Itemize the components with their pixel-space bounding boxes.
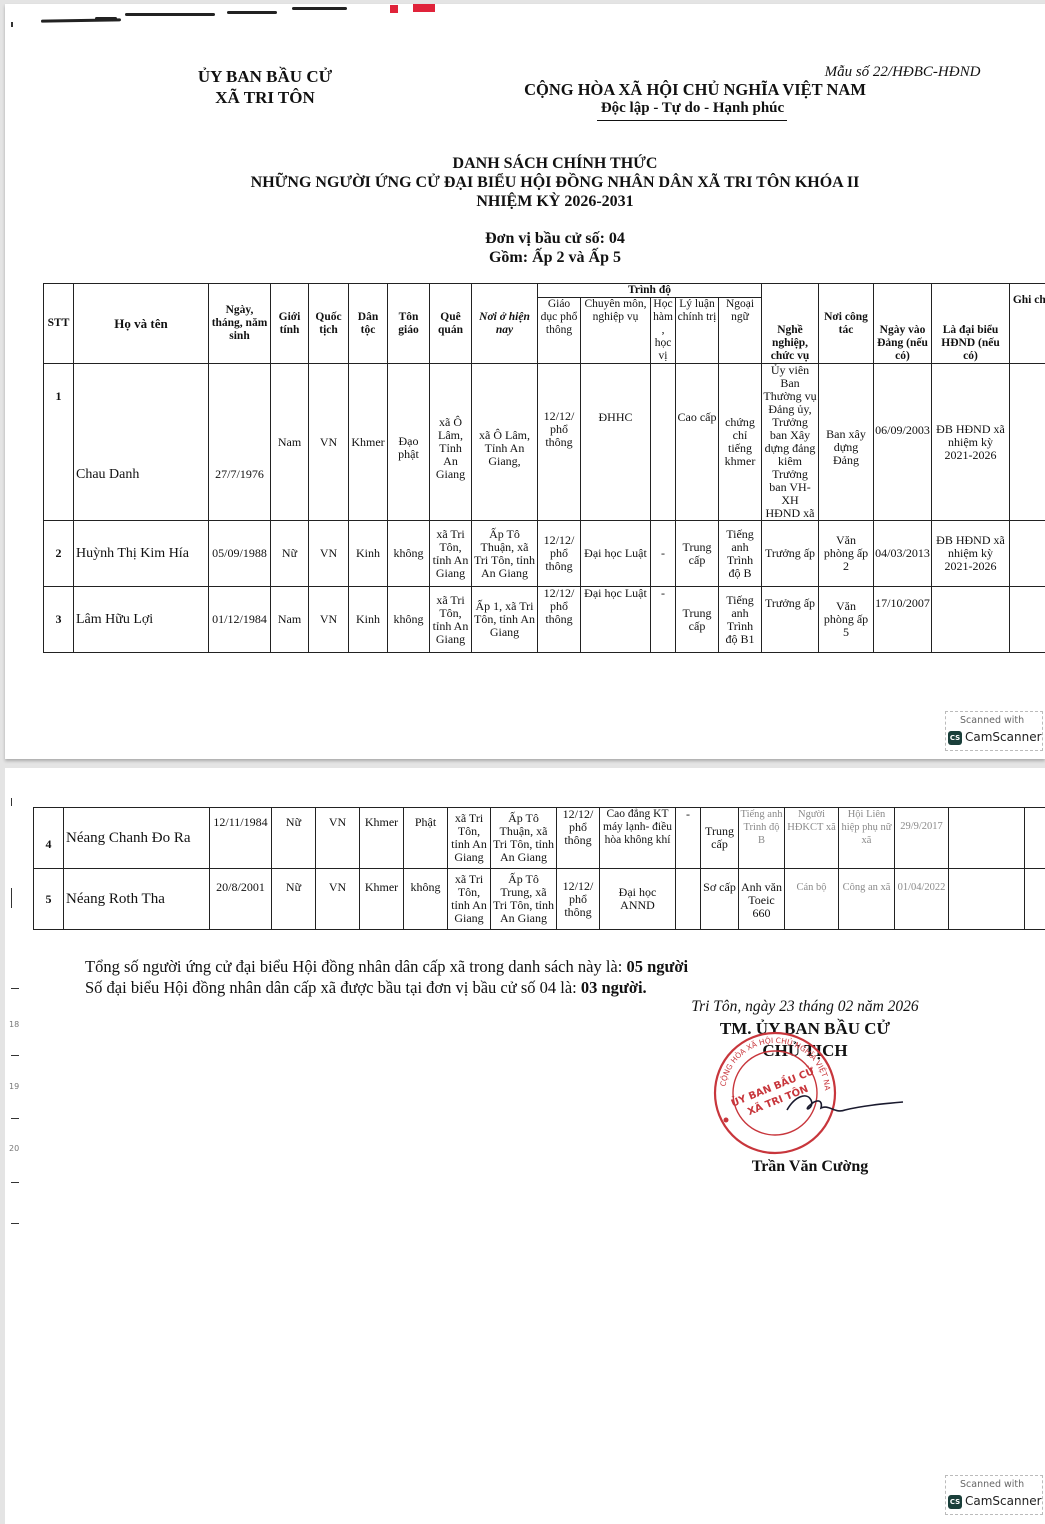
cell-workplace: Hội Liên hiệp phụ nữ xã <box>839 808 895 869</box>
cell-party-date: 06/09/2003 <box>874 364 932 521</box>
cell-name: Néang Roth Tha <box>64 869 210 930</box>
form-number: Mẫu số 22/HĐBC-HĐND <box>795 64 1010 81</box>
scan-artifact <box>125 13 215 16</box>
margin-mark <box>11 1182 19 1183</box>
document-title: DANH SÁCH CHÍNH THỨC NHỮNG NGƯỜI ỨNG CỬ … <box>155 154 955 211</box>
cell-language: Tiếng anh Trình độ B <box>739 808 785 869</box>
cell-delegate <box>949 869 1025 930</box>
cell-professional: ĐHHC <box>581 364 651 521</box>
header-academic: Học hàm, học vị <box>651 298 676 364</box>
cell-workplace: Văn phòng ấp 2 <box>819 521 874 587</box>
cell-residence: Ấp Tô Thuận, xã Tri Tôn, tỉnh An Giang <box>472 521 538 587</box>
cell-workplace: Công an xã <box>839 869 895 930</box>
cell-political: Trung cấp <box>676 521 719 587</box>
cell-note <box>1025 869 1045 930</box>
cell-delegate <box>932 587 1010 653</box>
header-language: Ngoại ngữ <box>719 298 762 364</box>
cell-general-edu: 12/12/ phổ thông <box>538 521 581 587</box>
cell-ethnicity: Kinh <box>349 587 388 653</box>
cell-dob: 05/09/1988 <box>209 521 271 587</box>
header-nationality: Quốc tịch <box>309 284 349 364</box>
header-dob: Ngày, tháng, năm sinh <box>209 284 271 364</box>
cell-professional: Đại học Luật <box>581 587 651 653</box>
cell-gender: Nam <box>271 587 309 653</box>
cell-general-edu: 12/12/ phổ thông <box>538 364 581 521</box>
summary: Tổng số người ứng cử đại biểu Hội đồng n… <box>85 956 845 998</box>
cell-dob: 20/8/2001 <box>210 869 272 930</box>
cell-party-date: 04/03/2013 <box>874 521 932 587</box>
cell-note <box>1010 521 1045 587</box>
cell-political: Trung cấp <box>701 808 739 869</box>
cell-nationality: VN <box>316 869 360 930</box>
header-workplace: Nơi công tác <box>819 284 874 364</box>
header-gender: Giới tính <box>271 284 309 364</box>
cell-name: Lâm Hữu Lợi <box>74 587 209 653</box>
cell-ethnicity: Kinh <box>349 521 388 587</box>
margin-mark <box>11 988 19 989</box>
camscanner-watermark: Scanned with CS CamScanner <box>945 711 1043 751</box>
cell-occupation: Cán bộ <box>785 869 839 930</box>
margin-mark <box>11 1118 19 1119</box>
margin-mark <box>11 888 12 908</box>
cell-stt: 3 <box>44 587 74 653</box>
cell-gender: Nữ <box>272 869 316 930</box>
national-motto: Độc lập - Tự do - Hạnh phúc <box>565 100 820 117</box>
header-education-group: Trình độ <box>538 284 762 298</box>
cell-religion: không <box>404 869 448 930</box>
motto-underline <box>597 120 787 121</box>
cell-religion: Phật <box>404 808 448 869</box>
cell-stt: 1 <box>44 364 74 521</box>
cell-hometown: xã Tri Tôn, tỉnh An Giang <box>448 808 491 869</box>
header-residence: Nơi ở hiện nay <box>472 284 538 364</box>
header-delegate: Là đại biểu HĐND (nếu có) <box>932 284 1010 364</box>
cell-hometown: xã Tri Tôn, tỉnh An Giang <box>430 521 472 587</box>
summary-seats: Số đại biểu Hội đồng nhân dân cấp xã đượ… <box>85 977 845 998</box>
margin-mark <box>11 1055 19 1056</box>
cell-religion: Đạo phật <box>388 364 430 521</box>
watermark-line-2: CamScanner <box>965 730 1042 744</box>
cell-academic: - <box>676 808 701 869</box>
cell-political: Cao cấp <box>676 364 719 521</box>
margin-mark <box>11 22 13 27</box>
cell-religion: không <box>388 587 430 653</box>
cell-ethnicity: Khmer <box>360 808 404 869</box>
unit-number: Đơn vị bầu cử số: 04 <box>355 229 755 248</box>
scan-artifact-red <box>413 4 435 12</box>
cell-note: - <box>1025 808 1045 869</box>
candidate-table-page-2: 4 Néang Chanh Đo Ra 12/11/1984 Nữ VN Khm… <box>33 807 1045 930</box>
document-page-2: 18 19 20 4 Néang Chanh Đo Ra 12/11/1984 … <box>5 768 1045 1524</box>
cell-residence: Ấp Tô Trung, xã Tri Tôn, tỉnh An Giang <box>491 869 557 930</box>
cell-language: Tiếng anh Trình độ B1 <box>719 587 762 653</box>
title-line-3: NHIỆM KỲ 2026-2031 <box>155 192 955 211</box>
cell-delegate <box>949 808 1025 869</box>
cell-party-date: 29/9/2017 <box>895 808 949 869</box>
cell-occupation: Trưởng ấp <box>762 587 819 653</box>
cell-occupation: Ủy viên Ban Thường vụ Đảng ủy, Trưởng ba… <box>762 364 819 521</box>
summary-seats-label: Số đại biểu Hội đồng nhân dân cấp xã đượ… <box>85 978 581 997</box>
scan-artifact-red <box>390 5 398 13</box>
header-name: Họ và tên <box>74 284 209 364</box>
cell-party-date: 17/10/2007 <box>874 587 932 653</box>
header-ethnicity: Dân tộc <box>349 284 388 364</box>
cell-nationality: VN <box>316 808 360 869</box>
cell-note <box>1010 587 1045 653</box>
header-general-edu: Giáo dục phổ thông <box>538 298 581 364</box>
cell-ethnicity: Khmer <box>349 364 388 521</box>
table-row: 5 Néang Roth Tha 20/8/2001 Nữ VN Khmer k… <box>34 869 1045 930</box>
cell-academic: - <box>651 521 676 587</box>
header-party-date: Ngày vào Đảng (nếu có) <box>874 284 932 364</box>
signature-icon <box>785 1086 905 1126</box>
margin-mark <box>11 1223 19 1224</box>
cell-name: Néang Chanh Đo Ra <box>64 808 210 869</box>
cell-stt: 4 <box>34 808 64 869</box>
cell-academic: - <box>651 587 676 653</box>
cell-general-edu: 12/12/ phổ thông <box>557 869 600 930</box>
org-line-1: ỦY BAN BẦU CỬ <box>165 66 365 87</box>
cell-delegate: ĐB HĐND xã nhiệm kỳ 2021-2026 <box>932 364 1010 521</box>
cell-note <box>1010 364 1045 521</box>
header-stt: STT <box>44 284 74 364</box>
watermark-line-1: Scanned with <box>960 1479 1024 1490</box>
cell-hometown: xã Tri Tôn, tỉnh An Giang <box>430 587 472 653</box>
cell-workplace: Văn phòng ấp 5 <box>819 587 874 653</box>
cell-professional: Đại học Luật <box>581 521 651 587</box>
signer-name: Trần Văn Cường <box>705 1158 915 1176</box>
cell-occupation: Trưởng ấp <box>762 521 819 587</box>
cell-workplace: Ban xây dựng Đảng <box>819 364 874 521</box>
summary-total-candidates: Tổng số người ứng cử đại biểu Hội đồng n… <box>85 956 845 977</box>
margin-ruler-label: 18 <box>9 1020 19 1029</box>
electoral-unit: Đơn vị bầu cử số: 04 Gồm: Ấp 2 và Ấp 5 <box>355 229 755 267</box>
signing-place-date: Tri Tôn, ngày 23 tháng 02 năm 2026 <box>655 998 955 1016</box>
cell-political: Sơ cấp <box>701 869 739 930</box>
cell-gender: Nữ <box>271 521 309 587</box>
watermark-line-1: Scanned with <box>960 715 1024 726</box>
cell-residence: Ấp Tô Thuận, xã Tri Tôn, tỉnh An Giang <box>491 808 557 869</box>
cell-language: chứng chỉ tiếng khmer <box>719 364 762 521</box>
cell-delegate: ĐB HĐND xã nhiệm kỳ 2021-2026 <box>932 521 1010 587</box>
title-line-2: NHỮNG NGƯỜI ỨNG CỬ ĐẠI BIỂU HỘI ĐỒNG NHÂ… <box>155 173 955 192</box>
summary-seats-value: 03 người. <box>581 978 647 997</box>
header-hometown: Quê quán <box>430 284 472 364</box>
cell-dob: 27/7/1976 <box>209 364 271 521</box>
cell-hometown: xã Ô Lâm, Tỉnh An Giang <box>430 364 472 521</box>
header-professional: Chuyên môn, nghiệp vụ <box>581 298 651 364</box>
camscanner-logo-icon: CS <box>948 1495 962 1509</box>
header-political: Lý luận chính trị <box>676 298 719 364</box>
document-page-1: ỦY BAN BẦU CỬ XÃ TRI TÔN Mẫu số 22/HĐBC-… <box>5 4 1045 759</box>
scan-artifact <box>227 11 277 14</box>
title-line-1: DANH SÁCH CHÍNH THỨC <box>155 154 955 173</box>
header-religion: Tôn giáo <box>388 284 430 364</box>
margin-ruler-label: 20 <box>9 1144 19 1153</box>
cell-ethnicity: Khmer <box>360 869 404 930</box>
unit-areas: Gồm: Ấp 2 và Ấp 5 <box>355 248 755 267</box>
cell-academic <box>676 869 701 930</box>
header-note: Ghi chú <box>1010 284 1045 364</box>
cell-political: Trung cấp <box>676 587 719 653</box>
cell-stt: 2 <box>44 521 74 587</box>
cell-nationality: VN <box>309 587 349 653</box>
cell-academic <box>651 364 676 521</box>
cell-stt: 5 <box>34 869 64 930</box>
cell-general-edu: 12/12/ phổ thông <box>557 808 600 869</box>
cell-language: Tiếng anh Trình độ B <box>719 521 762 587</box>
camscanner-logo-icon: CS <box>948 731 962 745</box>
summary-total-value: 05 người <box>626 957 688 976</box>
cell-dob: 12/11/1984 <box>210 808 272 869</box>
cell-hometown: xã Tri Tôn, tỉnh An Giang <box>448 869 491 930</box>
cell-language: Anh văn Toeic 660 <box>739 869 785 930</box>
table-row: 2 Huỳnh Thị Kim Hía 05/09/1988 Nữ VN Kin… <box>44 521 1045 587</box>
nation-title: CỘNG HÒA XÃ HỘI CHỦ NGHĨA VIỆT NAM <box>505 80 885 100</box>
cell-gender: Nam <box>271 364 309 521</box>
table-row: 4 Néang Chanh Đo Ra 12/11/1984 Nữ VN Khm… <box>34 808 1045 869</box>
issuing-organization: ỦY BAN BẦU CỬ XÃ TRI TÔN <box>165 66 365 108</box>
cell-professional: Đại học ANND <box>600 869 676 930</box>
table-row: 3 Lâm Hữu Lợi 01/12/1984 Nam VN Kinh khô… <box>44 587 1045 653</box>
cell-gender: Nữ <box>272 808 316 869</box>
table-row: 1 Chau Danh 27/7/1976 Nam VN Khmer Đạo p… <box>44 364 1045 521</box>
summary-total-label: Tổng số người ứng cử đại biểu Hội đồng n… <box>85 957 626 976</box>
cell-dob: 01/12/1984 <box>209 587 271 653</box>
cell-religion: không <box>388 521 430 587</box>
cell-residence: xã Ô Lâm, Tỉnh An Giang, <box>472 364 538 521</box>
header-occupation: Nghề nghiệp, chức vụ <box>762 284 819 364</box>
watermark-line-2: CamScanner <box>965 1494 1042 1508</box>
scan-artifact <box>292 7 347 10</box>
cell-name: Chau Danh <box>74 364 209 521</box>
margin-ruler-label: 19 <box>9 1082 19 1091</box>
cell-name: Huỳnh Thị Kim Hía <box>74 521 209 587</box>
camscanner-watermark: Scanned with CS CamScanner <box>945 1475 1043 1515</box>
cell-residence: Ấp 1, xã Tri Tôn, tỉnh An Giang <box>472 587 538 653</box>
margin-mark <box>11 798 12 806</box>
cell-party-date: 01/04/2022 <box>895 869 949 930</box>
cell-nationality: VN <box>309 364 349 521</box>
scan-artifact <box>95 17 117 20</box>
cell-occupation: Người HĐKCT xã <box>785 808 839 869</box>
org-line-2: XÃ TRI TÔN <box>165 87 365 108</box>
cell-professional: Cao đẳng KT máy lạnh- điều hòa không khí <box>600 808 676 869</box>
cell-nationality: VN <box>309 521 349 587</box>
candidate-table-page-1: STT Họ và tên Ngày, tháng, năm sinh Giới… <box>43 283 1045 653</box>
cell-general-edu: 12/12/ phổ thông <box>538 587 581 653</box>
